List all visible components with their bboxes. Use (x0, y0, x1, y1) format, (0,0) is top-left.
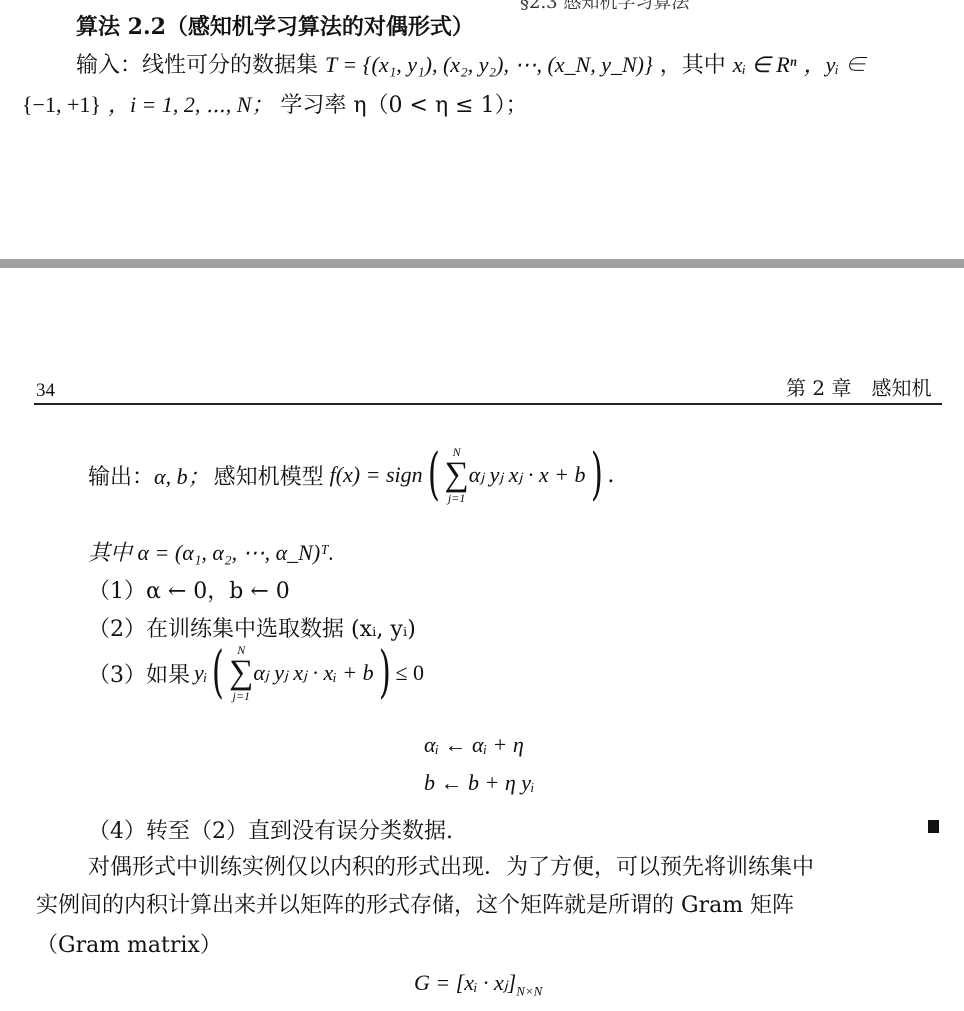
input-line-1: 输入：线性可分的数据集 T = {(x₁, y₁), (x₂, y₂), ⋯, … (76, 48, 866, 79)
sigma-symbol: ∑ (445, 458, 469, 492)
gram-formula-subscript: N×N (516, 983, 542, 998)
summation: N ∑ j=1 (229, 644, 253, 702)
output-vars: α, b； (154, 460, 210, 491)
gram-formula-body: G = [xᵢ · xⱼ] (414, 970, 516, 995)
output-period: . (607, 463, 614, 488)
page-number: 34 (36, 380, 55, 402)
sum-lower: j=1 (233, 690, 250, 702)
index-range: ，i = 1, 2, ⋯, N； (108, 92, 273, 117)
step3-yi: yᵢ (194, 660, 207, 686)
summation: N ∑ j=1 (445, 446, 469, 504)
xi-domain: xᵢ ∈ Rⁿ (733, 52, 797, 77)
chapter-header: 第 2 章 感知机 (786, 372, 931, 401)
algorithm-title: 算法 2.2（感知机学习算法的对偶形式） (76, 10, 474, 41)
step-1: （1）α ← 0，b ← 0 (88, 574, 290, 605)
step-3: （3）如果 yᵢ ( N ∑ j=1 αⱼ yⱼ xⱼ · xᵢ + b ) ≤… (88, 644, 424, 702)
page-separator (0, 259, 964, 268)
output-line: 输出： α, b； 感知机模型 f(x) = sign ( N ∑ j=1 αⱼ… (88, 446, 614, 504)
step-4: （4）转至（2）直到没有误分类数据. (88, 814, 453, 845)
right-paren: ) (378, 645, 390, 701)
output-label: 输出： (88, 460, 154, 491)
yi-domain: ，yᵢ ∈ (804, 52, 867, 77)
step3-body: αⱼ yⱼ xⱼ · xᵢ + b (253, 660, 373, 686)
step3-label: （3）如果 (88, 658, 190, 689)
where-line: 其中 α = (α₁, α₂, ⋯, α_N)ᵀ. (88, 536, 334, 567)
qed-square-icon (928, 820, 939, 833)
dataset-formula: T = {(x₁, y₁), (x₂, y₂), ⋯, (x_N, y_N)} (325, 52, 653, 77)
model-body: αⱼ yⱼ xⱼ · x + b (469, 462, 586, 488)
sum-lower: j=1 (448, 492, 465, 504)
sigma-symbol: ∑ (229, 656, 253, 690)
paragraph-line-2: 实例间的内积计算出来并以矩阵的形式存储，这个矩阵就是所谓的 Gram 矩阵 (36, 888, 794, 919)
step-2: （2）在训练集中选取数据 (xᵢ, yᵢ) (88, 612, 416, 643)
update-b: b ← b + η yᵢ (424, 770, 535, 796)
left-paren: ( (212, 645, 224, 701)
model-label: 感知机模型 (214, 460, 324, 491)
header-rule (34, 403, 942, 405)
paragraph-line-3: （Gram matrix） (36, 928, 222, 959)
label-set: {−1, +1} (22, 92, 101, 117)
learning-rate: 学习率 η（0 < η ≤ 1）； (280, 93, 527, 118)
paragraph-line-1: 对偶形式中训练实例仅以内积的形式出现．为了方便，可以预先将训练集中 (88, 850, 814, 881)
input-label: 输入：线性可分的数据集 (76, 53, 318, 78)
left-paren: ( (428, 447, 440, 503)
step3-condition: ≤ 0 (395, 660, 424, 686)
gram-matrix-formula: G = [xᵢ · xⱼ]N×N (414, 970, 542, 999)
clipped-section-header: §2.3 感知机学习算法 (520, 0, 689, 14)
input-mid-text: ，其中 (660, 53, 726, 78)
model-fx: f(x) = sign (330, 462, 423, 488)
right-paren: ) (590, 447, 602, 503)
input-line-2: {−1, +1} ，i = 1, 2, ⋯, N； 学习率 η（0 < η ≤ … (22, 88, 528, 119)
update-alpha: αᵢ ← αᵢ + η (424, 732, 524, 758)
